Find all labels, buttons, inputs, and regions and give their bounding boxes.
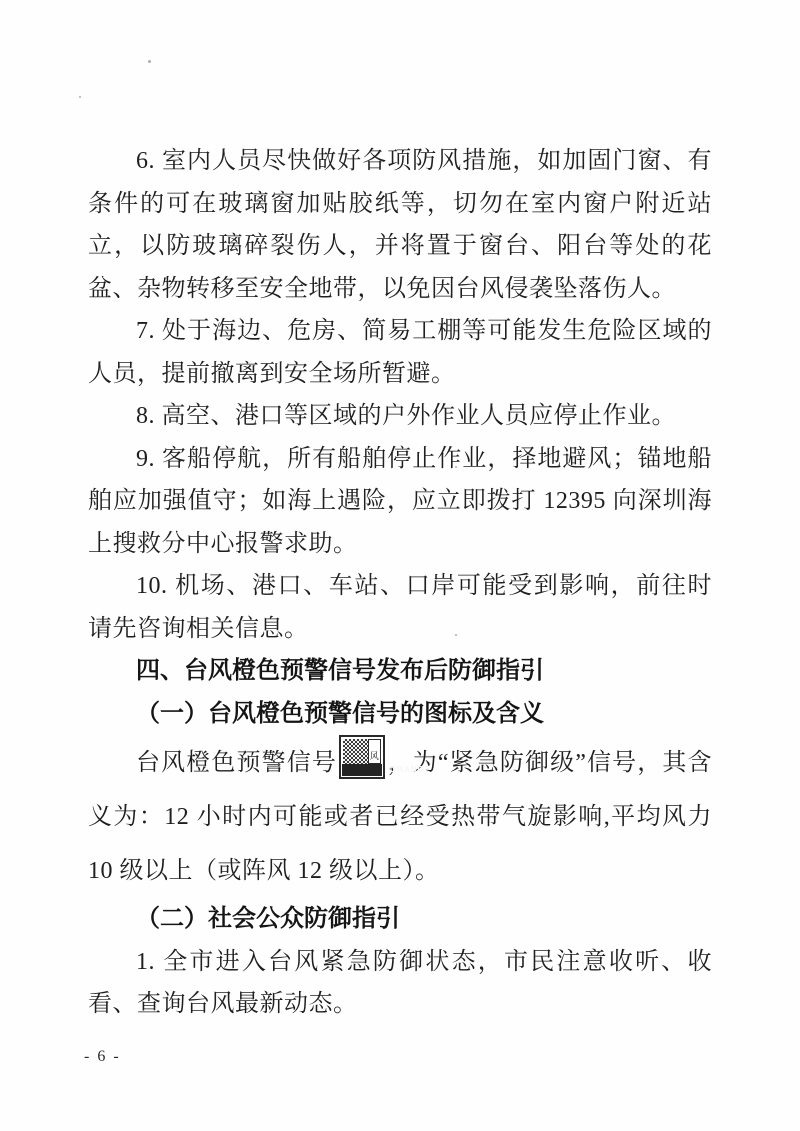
paragraph-item-9: 9. 客船停航，所有船舶停止作业，择地避风；锚地船舶应加强值守；如海上遇险，应立… bbox=[88, 438, 712, 566]
page-number: - 6 - bbox=[84, 1048, 121, 1066]
paragraph-item-7: 7. 处于海边、危房、简易工棚等可能发生危险区域的人员，提前撤离到安全场所暂避。 bbox=[88, 310, 712, 395]
subsection-1-heading: （一）台风橙色预警信号的图标及含义 bbox=[88, 693, 712, 736]
typhoon-symbol-icon bbox=[343, 739, 369, 764]
paragraph-item-10: 10. 机场、港口、车站、口岸可能受到影响，前往时请先咨询相关信息。 bbox=[88, 565, 712, 650]
scan-speck bbox=[79, 96, 81, 98]
paragraph-item-1-public: 1. 全市进入台风紧急防御状态，市民注意收听、收看、查询台风最新动态。 bbox=[88, 941, 712, 1026]
document-page: 6. 室内人员尽快做好各项防风措施，如加固门窗、有条件的可在玻璃窗加贴胶纸等，切… bbox=[0, 0, 800, 1131]
paragraph-item-8: 8. 高空、港口等区域的户外作业人员应停止作业。 bbox=[88, 395, 712, 438]
subsection-2-heading: （二）社会公众防御指引 bbox=[88, 898, 712, 941]
document-content: 6. 室内人员尽快做好各项防风措施，如加固门窗、有条件的可在玻璃窗加贴胶纸等，切… bbox=[88, 140, 712, 1026]
signal-text-before: 台风橙色预警信号 bbox=[136, 750, 337, 776]
scan-speck bbox=[148, 60, 151, 63]
paragraph-item-6: 6. 室内人员尽快做好各项防风措施，如加固门窗、有条件的可在玻璃窗加贴胶纸等，切… bbox=[88, 140, 712, 310]
orange-banner-label: ORANGE bbox=[342, 764, 382, 776]
typhoon-orange-warning-icon: 台风 ORANGE bbox=[339, 735, 385, 779]
typhoon-vertical-label: 台风 bbox=[368, 739, 381, 764]
signal-definition-paragraph: 台风橙色预警信号 台风 ORANGE ，为“紧急防御级”信号，其含义为：12 小… bbox=[88, 735, 712, 898]
section-4-heading: 四、台风橙色预警信号发布后防御指引 bbox=[88, 650, 712, 693]
